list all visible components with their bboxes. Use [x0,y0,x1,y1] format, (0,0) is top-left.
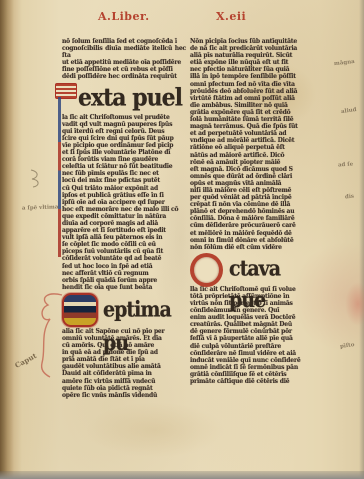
text-column-right: Nōn pīcipīa ſocius ſūb antīquitāte de nā… [190,38,317,385]
chapter-title-septima: eptima pu [103,293,186,360]
photo-bottom-edge [0,471,364,479]
right-margin-note: dīs [345,194,355,201]
chapter-heading-sexta: exta puel [62,83,186,113]
chapter-title-sexta: exta puel [78,83,182,112]
decorated-initial-septima [62,293,98,327]
initial-descender-bar [58,97,61,257]
page-right-edge [359,0,364,479]
chapter-title-octava: ctava pue [229,253,317,316]
left-margin-note: a ſpē vltima [22,204,59,211]
running-header-left: A.Liber. [98,10,150,24]
chapter-heading-septima: eptima pu [62,293,186,327]
sexta-body-text: la ſic ait Chriſoſtomus vel prudēte vadi… [62,114,186,291]
decorated-initial-octava [190,253,223,287]
chapter-heading-octava: ctava pue [190,253,317,285]
right-continuation-text: Nōn pīcipīa ſocius ſūb antīquitāte de nā… [190,38,317,251]
binding-gutter-shadow [0,0,14,479]
left-intro-text: nō ſolum ſenſilia ſed et cognoſcēda ī co… [62,38,186,81]
right-margin-note: ad ſe [338,161,354,168]
running-header-right: X.eii [216,10,246,24]
manuscript-photo: A.Liber. X.eii nō ſolum ſenſilia ſed et … [0,0,364,479]
text-column-left: nō ſolum ſenſilia ſed et cognoſcēda ī co… [62,38,186,399]
